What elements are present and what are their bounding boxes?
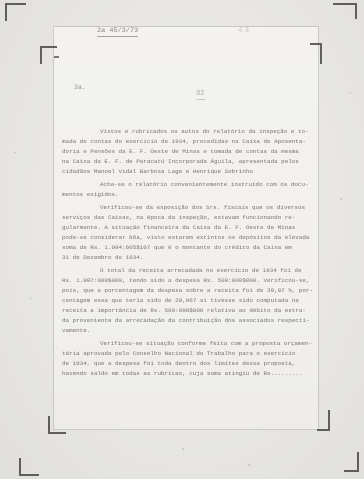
noise-speck <box>340 198 342 200</box>
text-line: centagem essa que teria sido de 29,067 s… <box>62 296 320 306</box>
noise-speck <box>14 152 16 153</box>
corner-mark-outer-top-right <box>333 3 357 19</box>
text-line: Verificou-se da exposição dos Srs. fisca… <box>62 203 320 213</box>
text-line: de 1934, que a despesa foi toda dentro d… <box>62 359 320 369</box>
paragraph: O total da receita arrecadada no exercíc… <box>62 266 320 336</box>
text-line: tária aprovada pelo Conselho Nacional do… <box>62 349 320 359</box>
text-line: soma de Rs. 1.094:605$107 que é o montan… <box>62 243 320 253</box>
document-reference: 2a 45/3/73 <box>97 27 138 37</box>
corner-mark-page-top-right <box>310 43 322 64</box>
text-line: mada de contas do exercício de 1934, pro… <box>62 137 320 147</box>
text-line: vamente. <box>62 326 320 336</box>
text-line: gularmente. A situação financeira da Cai… <box>62 223 320 233</box>
text-line: receita a importância de Rs. 500:000$000… <box>62 306 320 316</box>
text-line: havendo saldo em todas as rubricas, cuja… <box>62 369 320 379</box>
text-line: Vistos e rubricados os autos do relatóri… <box>62 127 320 137</box>
text-line: cidadãos Manoel Vidal Barbosa Lage e Hen… <box>62 167 320 177</box>
text-line: doria e Pensões da E. F. Oeste de Minas … <box>62 147 320 157</box>
page-number: 32 <box>196 90 205 100</box>
text-line: pois, que a porcentagem da despesa sobre… <box>62 286 320 296</box>
paragraph: Verificou-se da exposição dos Srs. fisca… <box>62 203 320 263</box>
corner-mark-outer-top-left <box>5 3 26 21</box>
ink-mark <box>54 56 59 58</box>
text-line: O total da receita arrecadada no exercíc… <box>62 266 320 276</box>
body-text: Vistos e rubricados os autos do relatóri… <box>62 127 320 382</box>
text-line: na Caixa da E. F. de Paracatú Incorporad… <box>62 157 320 167</box>
text-line: pode-se considerar bôa, visto estarem ex… <box>62 233 320 243</box>
text-line: 31 de Dezembro de 1934. <box>62 253 320 263</box>
corner-mark-page-bottom-left <box>48 416 66 434</box>
text-line: Rs. 1.097:000$000, tendo sido a despesa … <box>62 276 320 286</box>
corner-mark-outer-bottom-right <box>344 452 359 472</box>
faint-stamp: 43 <box>238 27 251 35</box>
text-line: serviços das Caixas, na época da inspeçã… <box>62 213 320 223</box>
scanned-document: 2a 45/3/73 43 3a. 32 Vistos e rubricados… <box>0 0 364 479</box>
text-line: mentos exigidos. <box>62 190 320 200</box>
text-line: Verificou-se situação conforme feita com… <box>62 339 320 349</box>
side-note: 3a. <box>74 84 86 91</box>
paragraph: Verificou-se situação conforme feita com… <box>62 339 320 379</box>
noise-speck <box>350 92 351 94</box>
corner-mark-outer-bottom-left <box>19 458 39 476</box>
noise-speck <box>30 298 32 299</box>
paragraph: Vistos e rubricados os autos do relatóri… <box>62 127 320 177</box>
noise-speck <box>182 448 184 450</box>
paragraph: Acha-se o relatório convenientemente ins… <box>62 180 320 200</box>
corner-mark-page-bottom-right <box>317 410 330 431</box>
corner-mark-page-top-left <box>40 46 57 64</box>
text-line: da proveniente da arrecadação da contrib… <box>62 316 320 326</box>
text-line: Acha-se o relatório convenientemente ins… <box>62 180 320 190</box>
noise-speck <box>248 464 250 466</box>
